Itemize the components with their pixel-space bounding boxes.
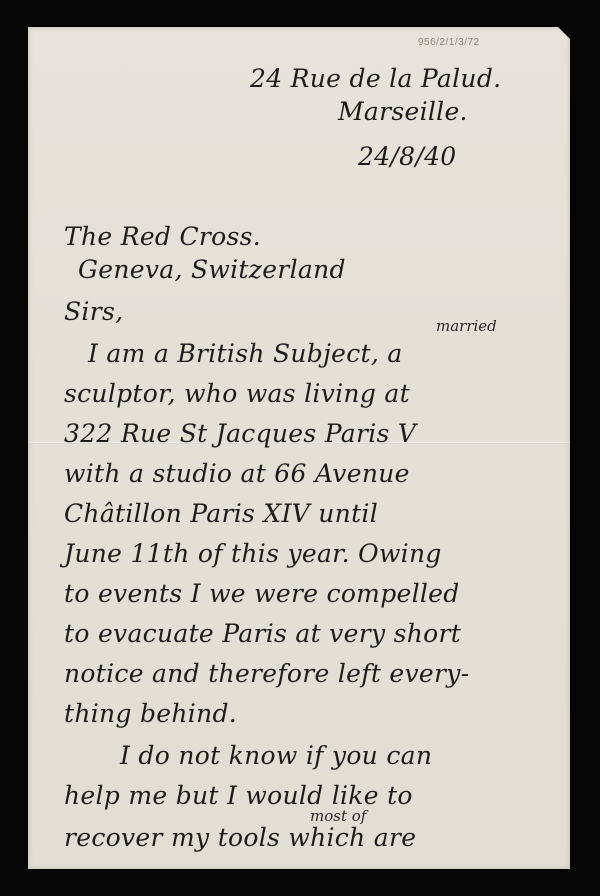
body-line-10: thing behind. — [64, 699, 237, 728]
body-line-9: notice and therefore left every- — [64, 659, 469, 688]
body-line-12: help me but I would like to — [64, 781, 413, 810]
salutation: Sirs, — [64, 297, 123, 326]
body-line-6: June 11th of this year. Owing — [64, 539, 442, 568]
sender-address-line1: 24 Rue de la Palud. — [250, 64, 501, 93]
body-line-5: Châtillon Paris XIV until — [64, 499, 378, 528]
letter-page: 956/2/1/3/72 24 Rue de la Palud. Marseil… — [28, 27, 570, 869]
letter-date: 24/8/40 — [358, 142, 456, 171]
body-line-11: I do not know if you can — [120, 741, 432, 770]
archive-reference: 956/2/1/3/72 — [418, 37, 480, 48]
recipient-line1: The Red Cross. — [64, 222, 261, 251]
insertion-married: married — [436, 317, 497, 335]
body-line-4: with a studio at 66 Avenue — [64, 459, 410, 488]
recipient-line2: Geneva, Switzerland — [78, 255, 346, 284]
body-line-8: to evacuate Paris at very short — [64, 619, 461, 648]
body-line-7: to events I we were compelled — [64, 579, 460, 608]
sender-address-line2: Marseille. — [338, 97, 468, 126]
body-line-13: recover my tools which are — [64, 823, 416, 852]
body-line-1: I am a British Subject, a — [88, 339, 403, 368]
body-line-3: 322 Rue St Jacques Paris V — [64, 419, 416, 448]
body-line-2: sculptor, who was living at — [64, 379, 410, 408]
